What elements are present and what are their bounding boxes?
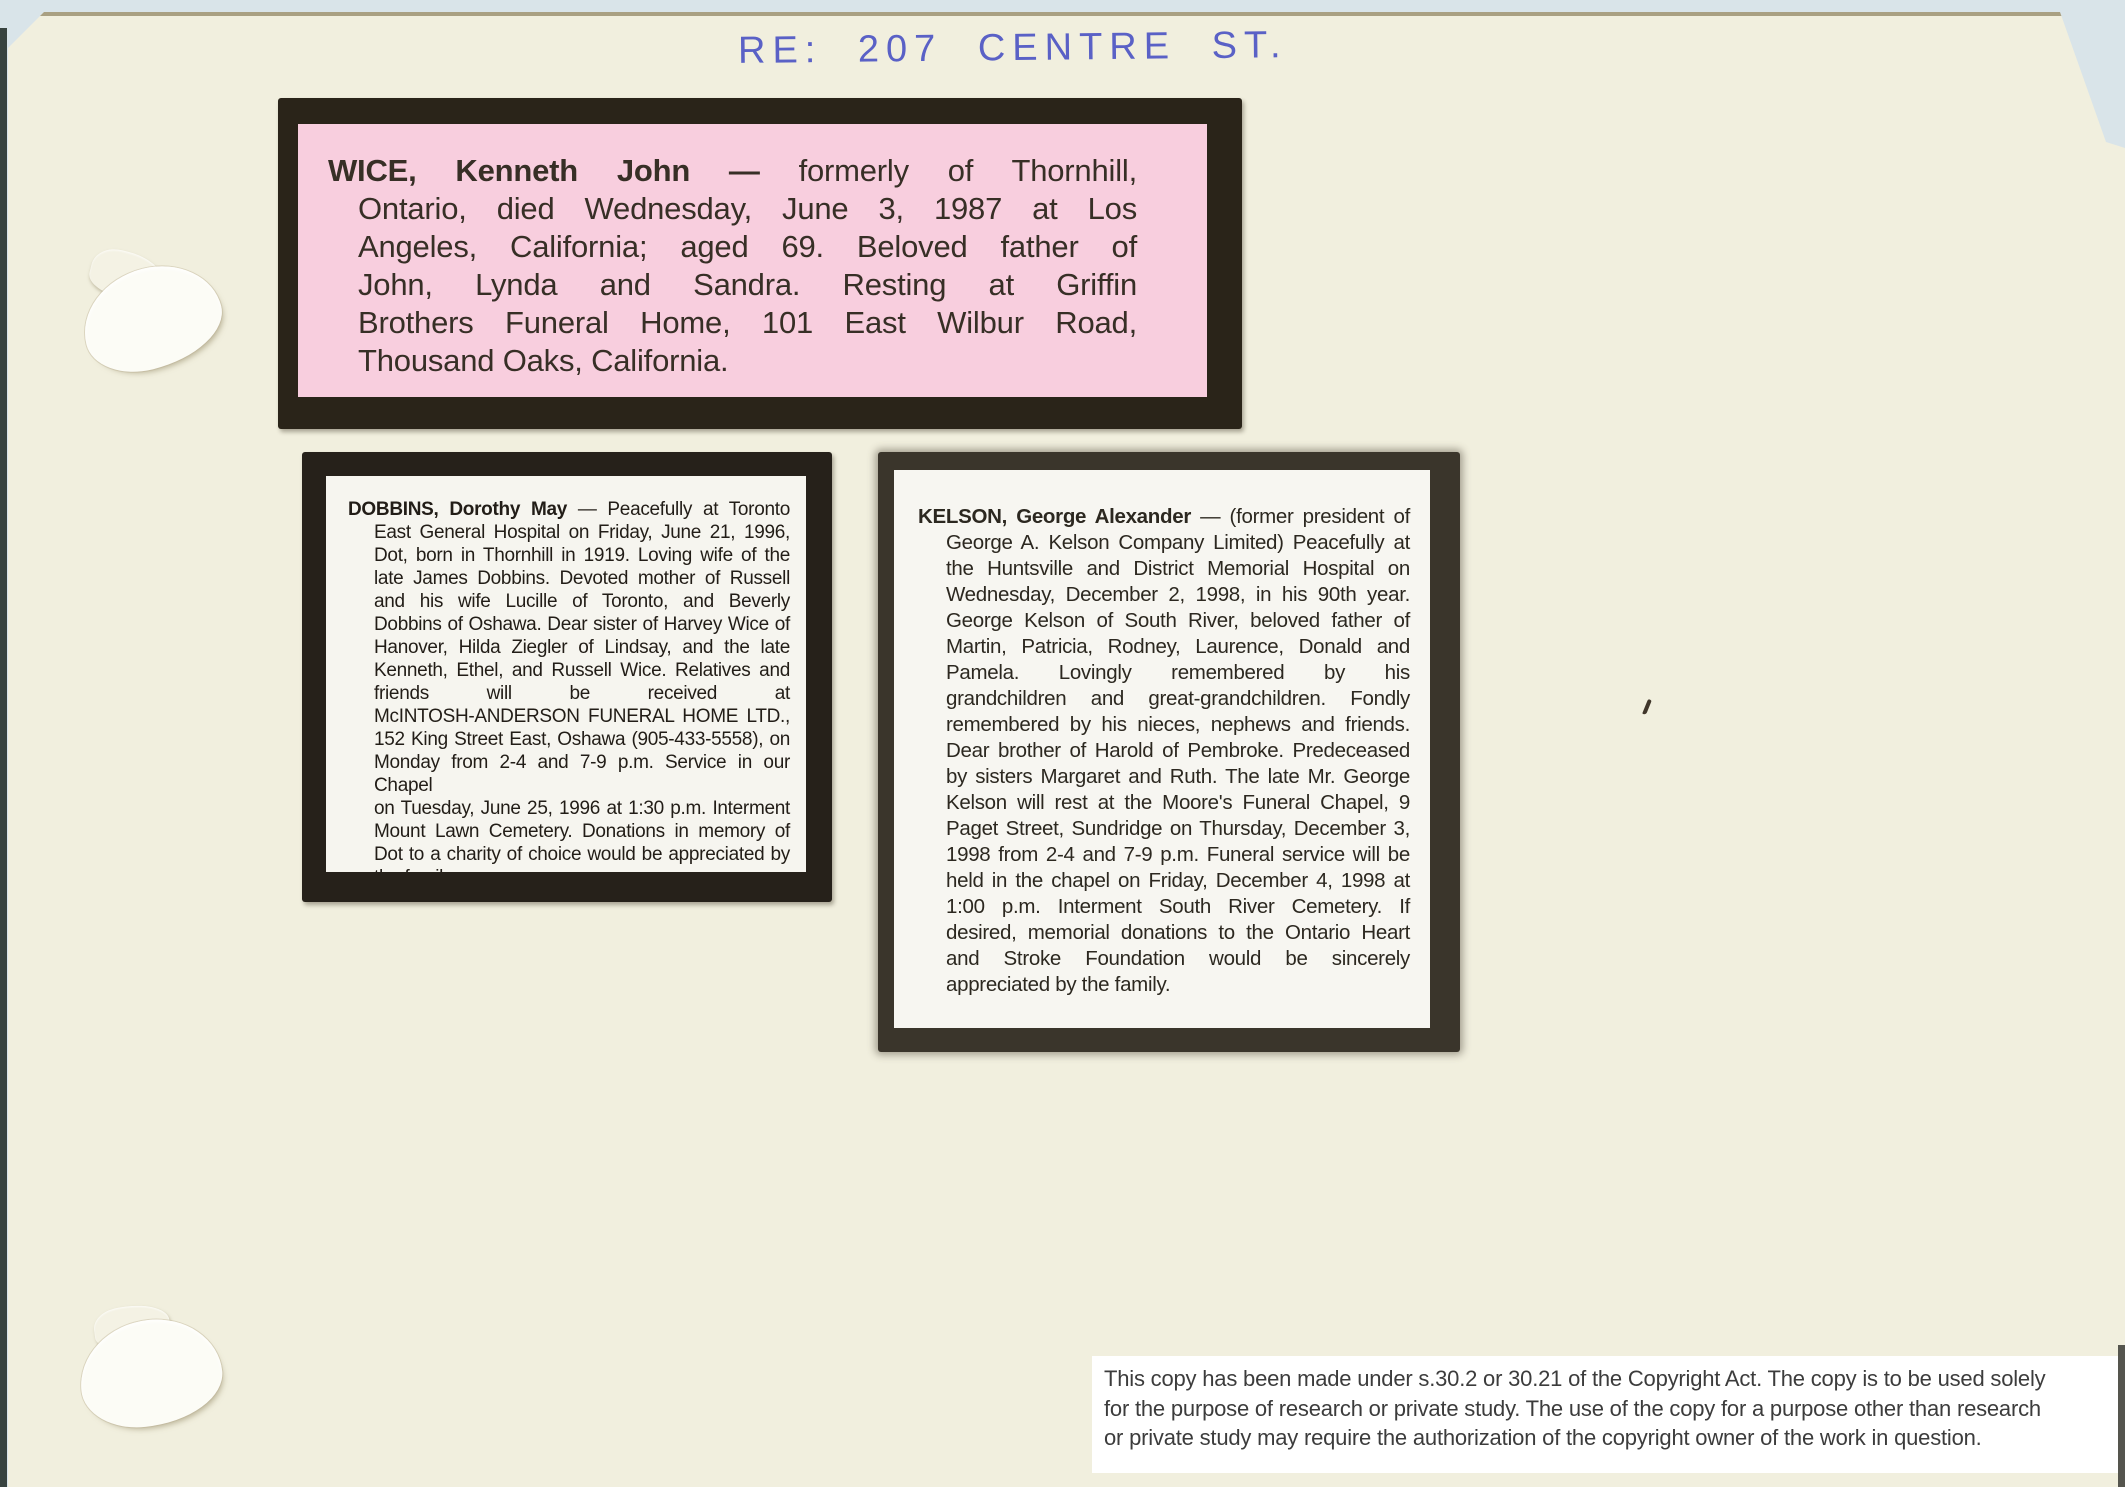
scan-left-edge (0, 28, 7, 1487)
obit-line: 1:00 p.m. Interment South River Cemetery… (946, 894, 1410, 920)
copyright-notice: This copy has been made under s.30.2 or … (1092, 1356, 2118, 1473)
obit-line: DOBBINS, Dorothy May — Peacefully at Tor… (348, 498, 790, 521)
obituary-clipping-dobbins: DOBBINS, Dorothy May — Peacefully at Tor… (302, 452, 832, 902)
obit-line: Kenneth, Ethel, and Russell Wice. Relati… (374, 659, 790, 682)
scan-right-edge (2118, 1345, 2125, 1487)
obit-line: held in the chapel on Friday, December 4… (946, 868, 1410, 894)
obit-line: grandchildren and great-grandchildren. F… (946, 686, 1410, 712)
copyright-line: This copy has been made under s.30.2 or … (1104, 1364, 2106, 1394)
obit-line: Brothers Funeral Home, 101 East Wilbur R… (358, 304, 1137, 342)
obit-line: Mount Lawn Cemetery. Donations in memory… (374, 820, 790, 843)
obit-text: formerly of Thornhill, (799, 153, 1137, 188)
obit-line: Hanover, Hilda Ziegler of Lindsay, and t… (374, 636, 790, 659)
obit-line: Paget Street, Sundridge on Thursday, Dec… (946, 816, 1410, 842)
obit-line: desired, memorial donations to the Ontar… (946, 920, 1410, 946)
obit-line: Angeles, California; aged 69. Beloved fa… (358, 228, 1137, 266)
obit-line: 1998 from 2-4 and 7-9 p.m. Funeral servi… (946, 842, 1410, 868)
obit-text: — (former president of (1200, 505, 1410, 528)
obit-line: Dot to a charity of choice would be appr… (374, 843, 790, 866)
obit-line: late James Dobbins. Devoted mother of Ru… (374, 567, 790, 590)
deceased-name: KELSON, George Alexander (918, 505, 1191, 528)
obit-line: Dear brother of Harold of Pembroke. Pred… (946, 738, 1410, 764)
obit-line: 152 King Street East, Oshawa (905-433-55… (374, 728, 790, 751)
clipping-paper: KELSON, George Alexander — (former presi… (894, 470, 1430, 1028)
obit-line: Kelson will rest at the Moore's Funeral … (946, 790, 1410, 816)
clipping-paper: WICE, Kenneth John — formerly of Thornhi… (298, 124, 1207, 397)
obit-line: on Tuesday, June 25, 1996 at 1:30 p.m. I… (374, 797, 790, 820)
copyright-line: for the purpose of research or private s… (1104, 1394, 2106, 1424)
obit-line: Thousand Oaks, California. (358, 342, 1137, 380)
obit-line: Dobbins of Oshawa. Dear sister of Harvey… (374, 613, 790, 636)
obit-line: Pamela. Lovingly remembered by his (946, 660, 1410, 686)
obit-line: Dot, born in Thornhill in 1919. Loving w… (374, 544, 790, 567)
obit-line: George Kelson of South River, beloved fa… (946, 608, 1410, 634)
handwritten-note: RE: 207 CENTRE ST. (738, 17, 1299, 79)
copyright-line: or private study may require the authori… (1104, 1423, 2106, 1453)
obit-line: and Stroke Foundation would be sincerely (946, 946, 1410, 972)
obit-line: the Huntsville and District Memorial Hos… (946, 556, 1410, 582)
obit-line: WICE, Kenneth John — formerly of Thornhi… (328, 152, 1137, 190)
scanned-page: RE: 207 CENTRE ST. WICE, Kenneth John — … (0, 0, 2125, 1487)
obit-line: appreciated by the family. (946, 972, 1410, 998)
obit-line: by sisters Margaret and Ruth. The late M… (946, 764, 1410, 790)
hole-punch-top (82, 268, 222, 368)
obit-line: remembered by his nieces, nephews and fr… (946, 712, 1410, 738)
obit-line: and his wife Lucille of Toronto, and Bev… (374, 590, 790, 613)
obit-line: McINTOSH-ANDERSON FUNERAL HOME LTD., (374, 705, 790, 728)
obit-line: Ontario, died Wednesday, June 3, 1987 at… (358, 190, 1137, 228)
obit-line: Monday from 2-4 and 7-9 p.m. Service in … (374, 751, 790, 797)
obit-line: friends will be received at (374, 682, 790, 705)
obit-line: John, Lynda and Sandra. Resting at Griff… (358, 266, 1137, 304)
hole-punch-bottom (80, 1320, 222, 1426)
deceased-name: WICE, Kenneth John — (328, 153, 760, 188)
obit-line: Martin, Patricia, Rodney, Laurence, Dona… (946, 634, 1410, 660)
clipping-paper: DOBBINS, Dorothy May — Peacefully at Tor… (326, 476, 806, 872)
obit-line: Wednesday, December 2, 1998, in his 90th… (946, 582, 1410, 608)
obit-line: George A. Kelson Company Limited) Peacef… (946, 530, 1410, 556)
deceased-name: DOBBINS, Dorothy May (348, 499, 567, 520)
obit-line: KELSON, George Alexander — (former presi… (918, 504, 1410, 530)
obituary-clipping-kelson: KELSON, George Alexander — (former presi… (878, 452, 1460, 1052)
paper-top-edge (38, 12, 2064, 16)
obit-line: the family. (374, 866, 790, 872)
obit-text: — Peacefully at Toronto (578, 499, 790, 520)
obituary-clipping-wice: WICE, Kenneth John — formerly of Thornhi… (278, 98, 1242, 429)
obit-line: East General Hospital on Friday, June 21… (374, 521, 790, 544)
